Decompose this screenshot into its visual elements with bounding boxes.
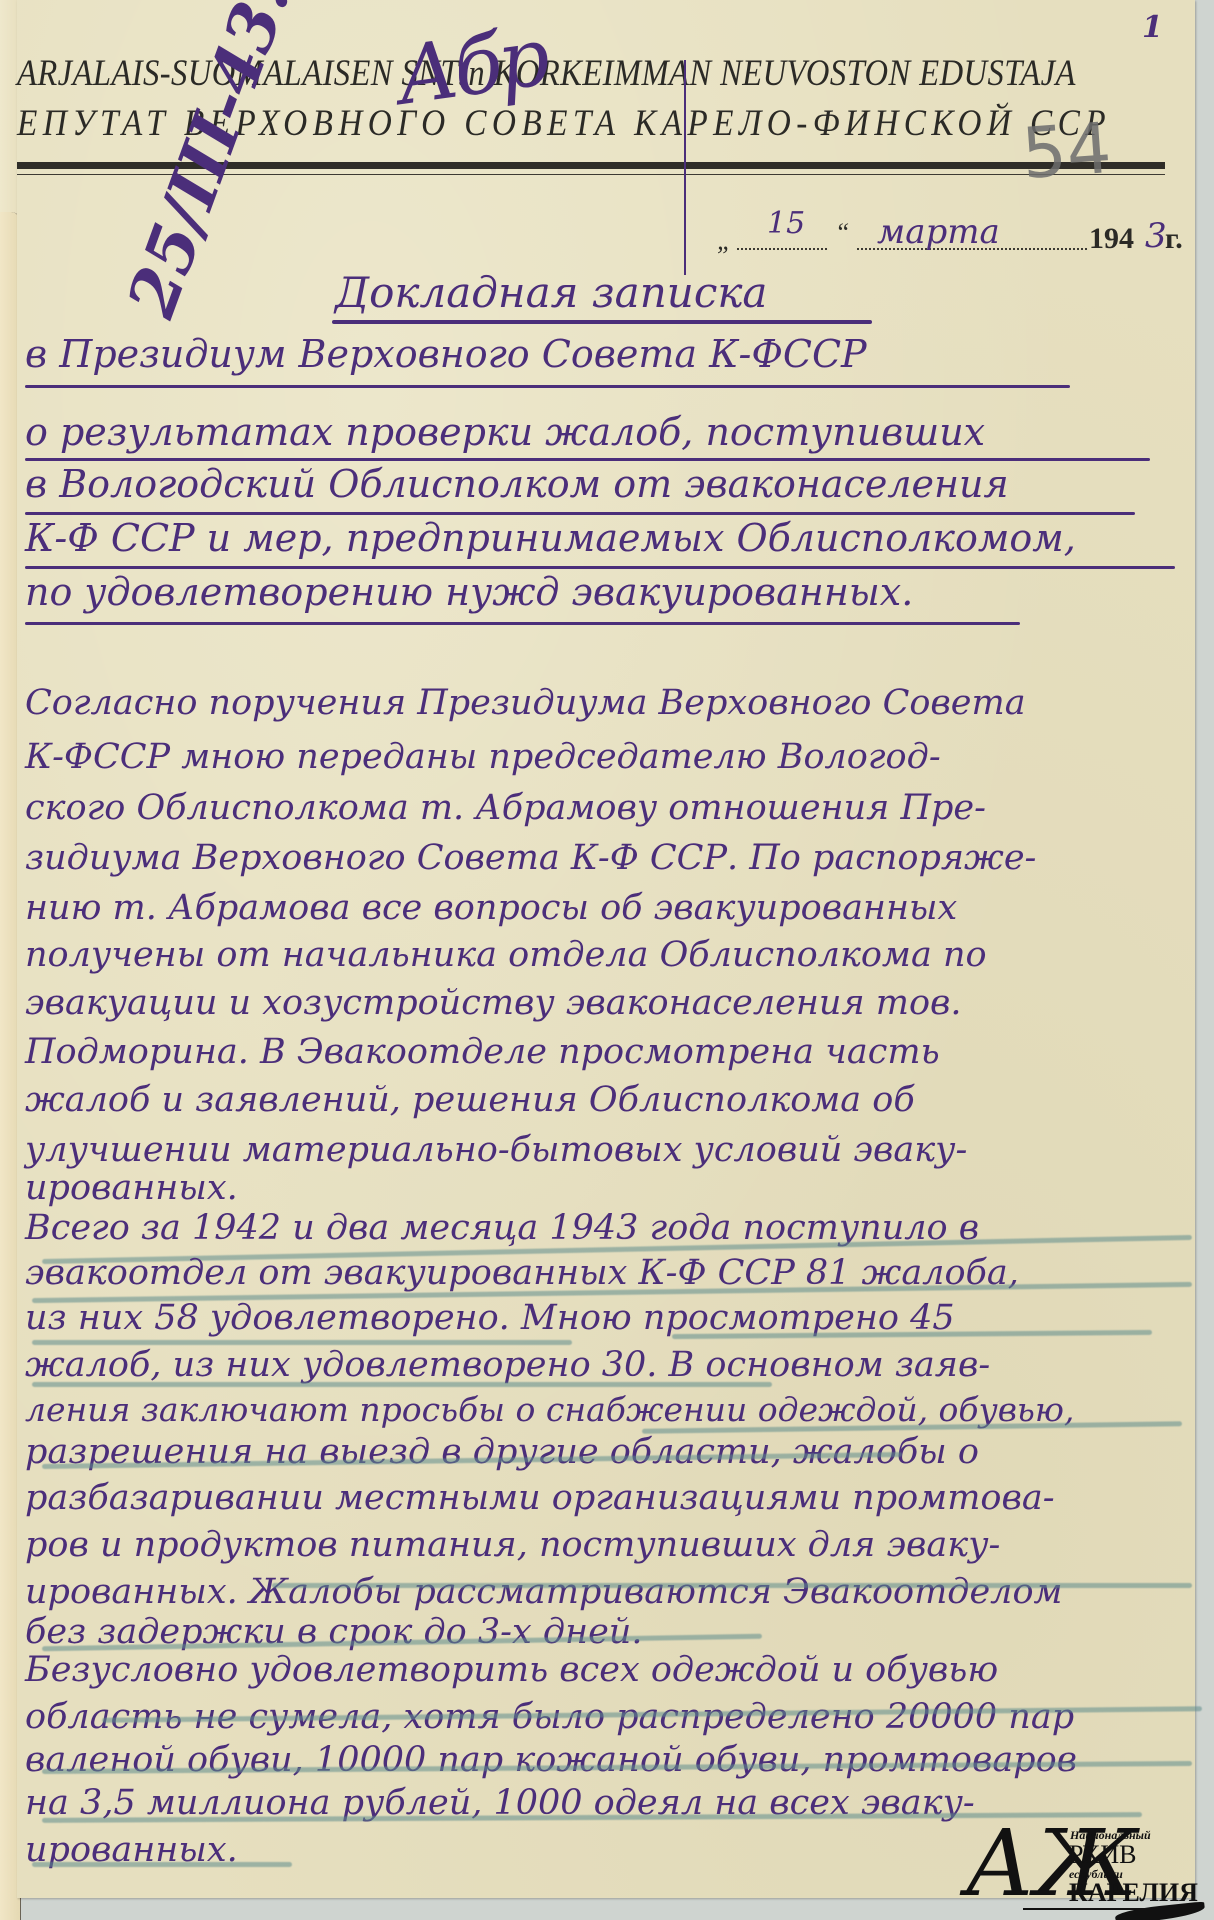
date-dotted-line-day bbox=[737, 248, 827, 250]
signature-stroke bbox=[684, 60, 686, 275]
archive-folio-number: 54 bbox=[1019, 107, 1114, 195]
addressee: в Президиум Верховного Совета К-ФССР bbox=[25, 332, 867, 376]
date-month: марта bbox=[877, 212, 1000, 252]
body-line: жалоб и заявлений, решения Облисполкома … bbox=[25, 1080, 915, 1120]
body-line: жалоб, из них удовлетворено 30. В основн… bbox=[25, 1345, 990, 1385]
body-line: разбазаривании местными организациями пр… bbox=[25, 1478, 1055, 1518]
body-line: валеной обуви, 10000 пар кожаной обуви, … bbox=[25, 1740, 1077, 1780]
body-line: ров и продуктов питания, поступивших для… bbox=[25, 1525, 1000, 1565]
body-line: К-ФССР мною переданы председателю Волого… bbox=[25, 737, 941, 777]
body-line: ления заключают просьбы о снабжении одеж… bbox=[25, 1390, 1074, 1429]
pencil-underline bbox=[32, 1382, 772, 1387]
archive-logo: АЖ Национальный РХИВ еспублики КАРЕЛИЯ bbox=[965, 1810, 1205, 1920]
date-year-handwritten: 3 bbox=[1145, 216, 1167, 256]
body-line: Согласно поручения Президиума Верховного… bbox=[25, 683, 1026, 723]
body-line: нию т. Абрамова все вопросы об эвакуиров… bbox=[25, 888, 957, 928]
subject-line: по удовлетворению нужд эвакуированных. bbox=[25, 570, 913, 614]
document-title: Докладная записка bbox=[335, 268, 767, 317]
subject-underline bbox=[25, 512, 1135, 515]
body-line: улучшении материально-бытовых условий эв… bbox=[25, 1130, 967, 1170]
body-line: получены от начальника отдела Облисполко… bbox=[25, 935, 987, 975]
date-day: 15 bbox=[767, 206, 805, 241]
body-line: эвакуации и хозустройству эваконаселения… bbox=[25, 983, 962, 1023]
body-line: зидиума Верховного Совета К-Ф ССР. По ра… bbox=[25, 838, 1036, 878]
body-line: ированных. Жалобы рассматриваются Эвакоо… bbox=[25, 1572, 1063, 1612]
document-page: ARJALAIS-SUOMALAISEN SNT:n KORKEIMMAN NE… bbox=[17, 0, 1195, 1898]
date-year-printed: 194 bbox=[1089, 222, 1134, 256]
pencil-underline bbox=[272, 1583, 1192, 1588]
body-line: ского Облисполкома т. Абрамову отношения… bbox=[25, 788, 986, 828]
addressee-underline bbox=[25, 385, 1070, 388]
date-open-quote: „ bbox=[717, 226, 731, 256]
subject-line: К-Ф ССР и мер, предпринимаемых Облисполк… bbox=[25, 516, 1076, 560]
subject-line: в Вологодский Облисполком от эваконаселе… bbox=[25, 462, 1009, 506]
page-number: 1 bbox=[1142, 10, 1163, 45]
subject-underline bbox=[25, 622, 1020, 625]
subject-line: о результатах проверки жалоб, поступивши… bbox=[25, 410, 985, 454]
body-line: Безусловно удовлетворить всех одеждой и … bbox=[25, 1650, 998, 1690]
date-suffix: г. bbox=[1165, 222, 1183, 256]
pencil-underline bbox=[32, 1862, 292, 1867]
title-underline bbox=[332, 320, 872, 324]
logo-text-archive: РХИВ bbox=[1069, 1840, 1137, 1870]
body-line: Подморина. В Эвакоотделе просмотрена час… bbox=[25, 1032, 940, 1072]
body-line: ированных. bbox=[25, 1168, 238, 1208]
subject-underline bbox=[25, 566, 1175, 569]
date-close-quote: “ bbox=[835, 218, 849, 248]
date-line: „ 15 “ марта 194 3 г. bbox=[717, 218, 1177, 258]
subject-underline bbox=[25, 458, 1150, 461]
